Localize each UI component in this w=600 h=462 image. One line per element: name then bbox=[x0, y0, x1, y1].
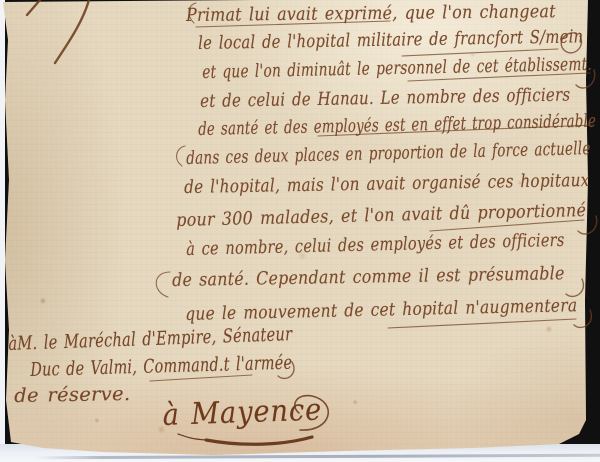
recipient-line: de réserve. bbox=[14, 383, 131, 407]
manuscript-photo: Primat lui avait exprimé, que l'on chang… bbox=[0, 0, 600, 462]
place-line: à Mayence bbox=[162, 392, 323, 433]
table-surface-left bbox=[0, 0, 5, 450]
body-line: Primat lui avait exprimé, que l'on chang… bbox=[186, 1, 556, 26]
